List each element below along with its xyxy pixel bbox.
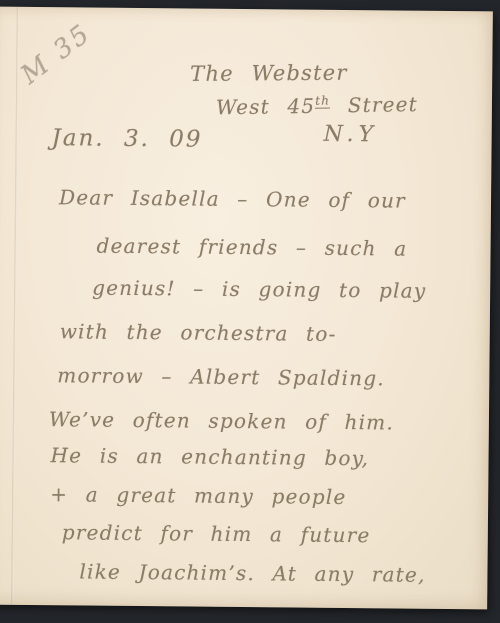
letterhead-street-post: Street [330,92,418,117]
letter-paper: M 35 The Webster West 45th Street N.Y Ja… [0,7,493,610]
letterhead-name: The Webster [190,61,347,86]
letter-date: Jan. 3. 09 [51,125,202,152]
letter-line: morrow – Albert Spalding. [57,363,385,390]
letter-line: Dear Isabella – One of our [59,185,406,212]
letter-line: We’ve often spoken of him. [49,407,394,434]
letter-line: dearest friends – such a [96,234,407,261]
letter-line: + a great many people [50,482,346,509]
catalog-annotation: M 35 [16,18,98,90]
photo-background: M 35 The Webster West 45th Street N.Y Ja… [0,0,500,623]
letterhead-city: N.Y [324,122,379,148]
fold-crease [11,7,19,605]
letter-line: genius! – is going to play [92,276,426,303]
letter-line: predict for him a future [62,520,371,547]
letterhead-street-pre: West 45 [216,94,316,120]
letter-line: He is an enchanting boy, [50,443,369,470]
street-number-superscript: th [315,94,330,109]
letter-line: with the orchestra to- [60,319,337,346]
letter-line: like Joachim’s. At any rate, [79,559,425,586]
letterhead-street: West 45th Street [216,92,418,119]
